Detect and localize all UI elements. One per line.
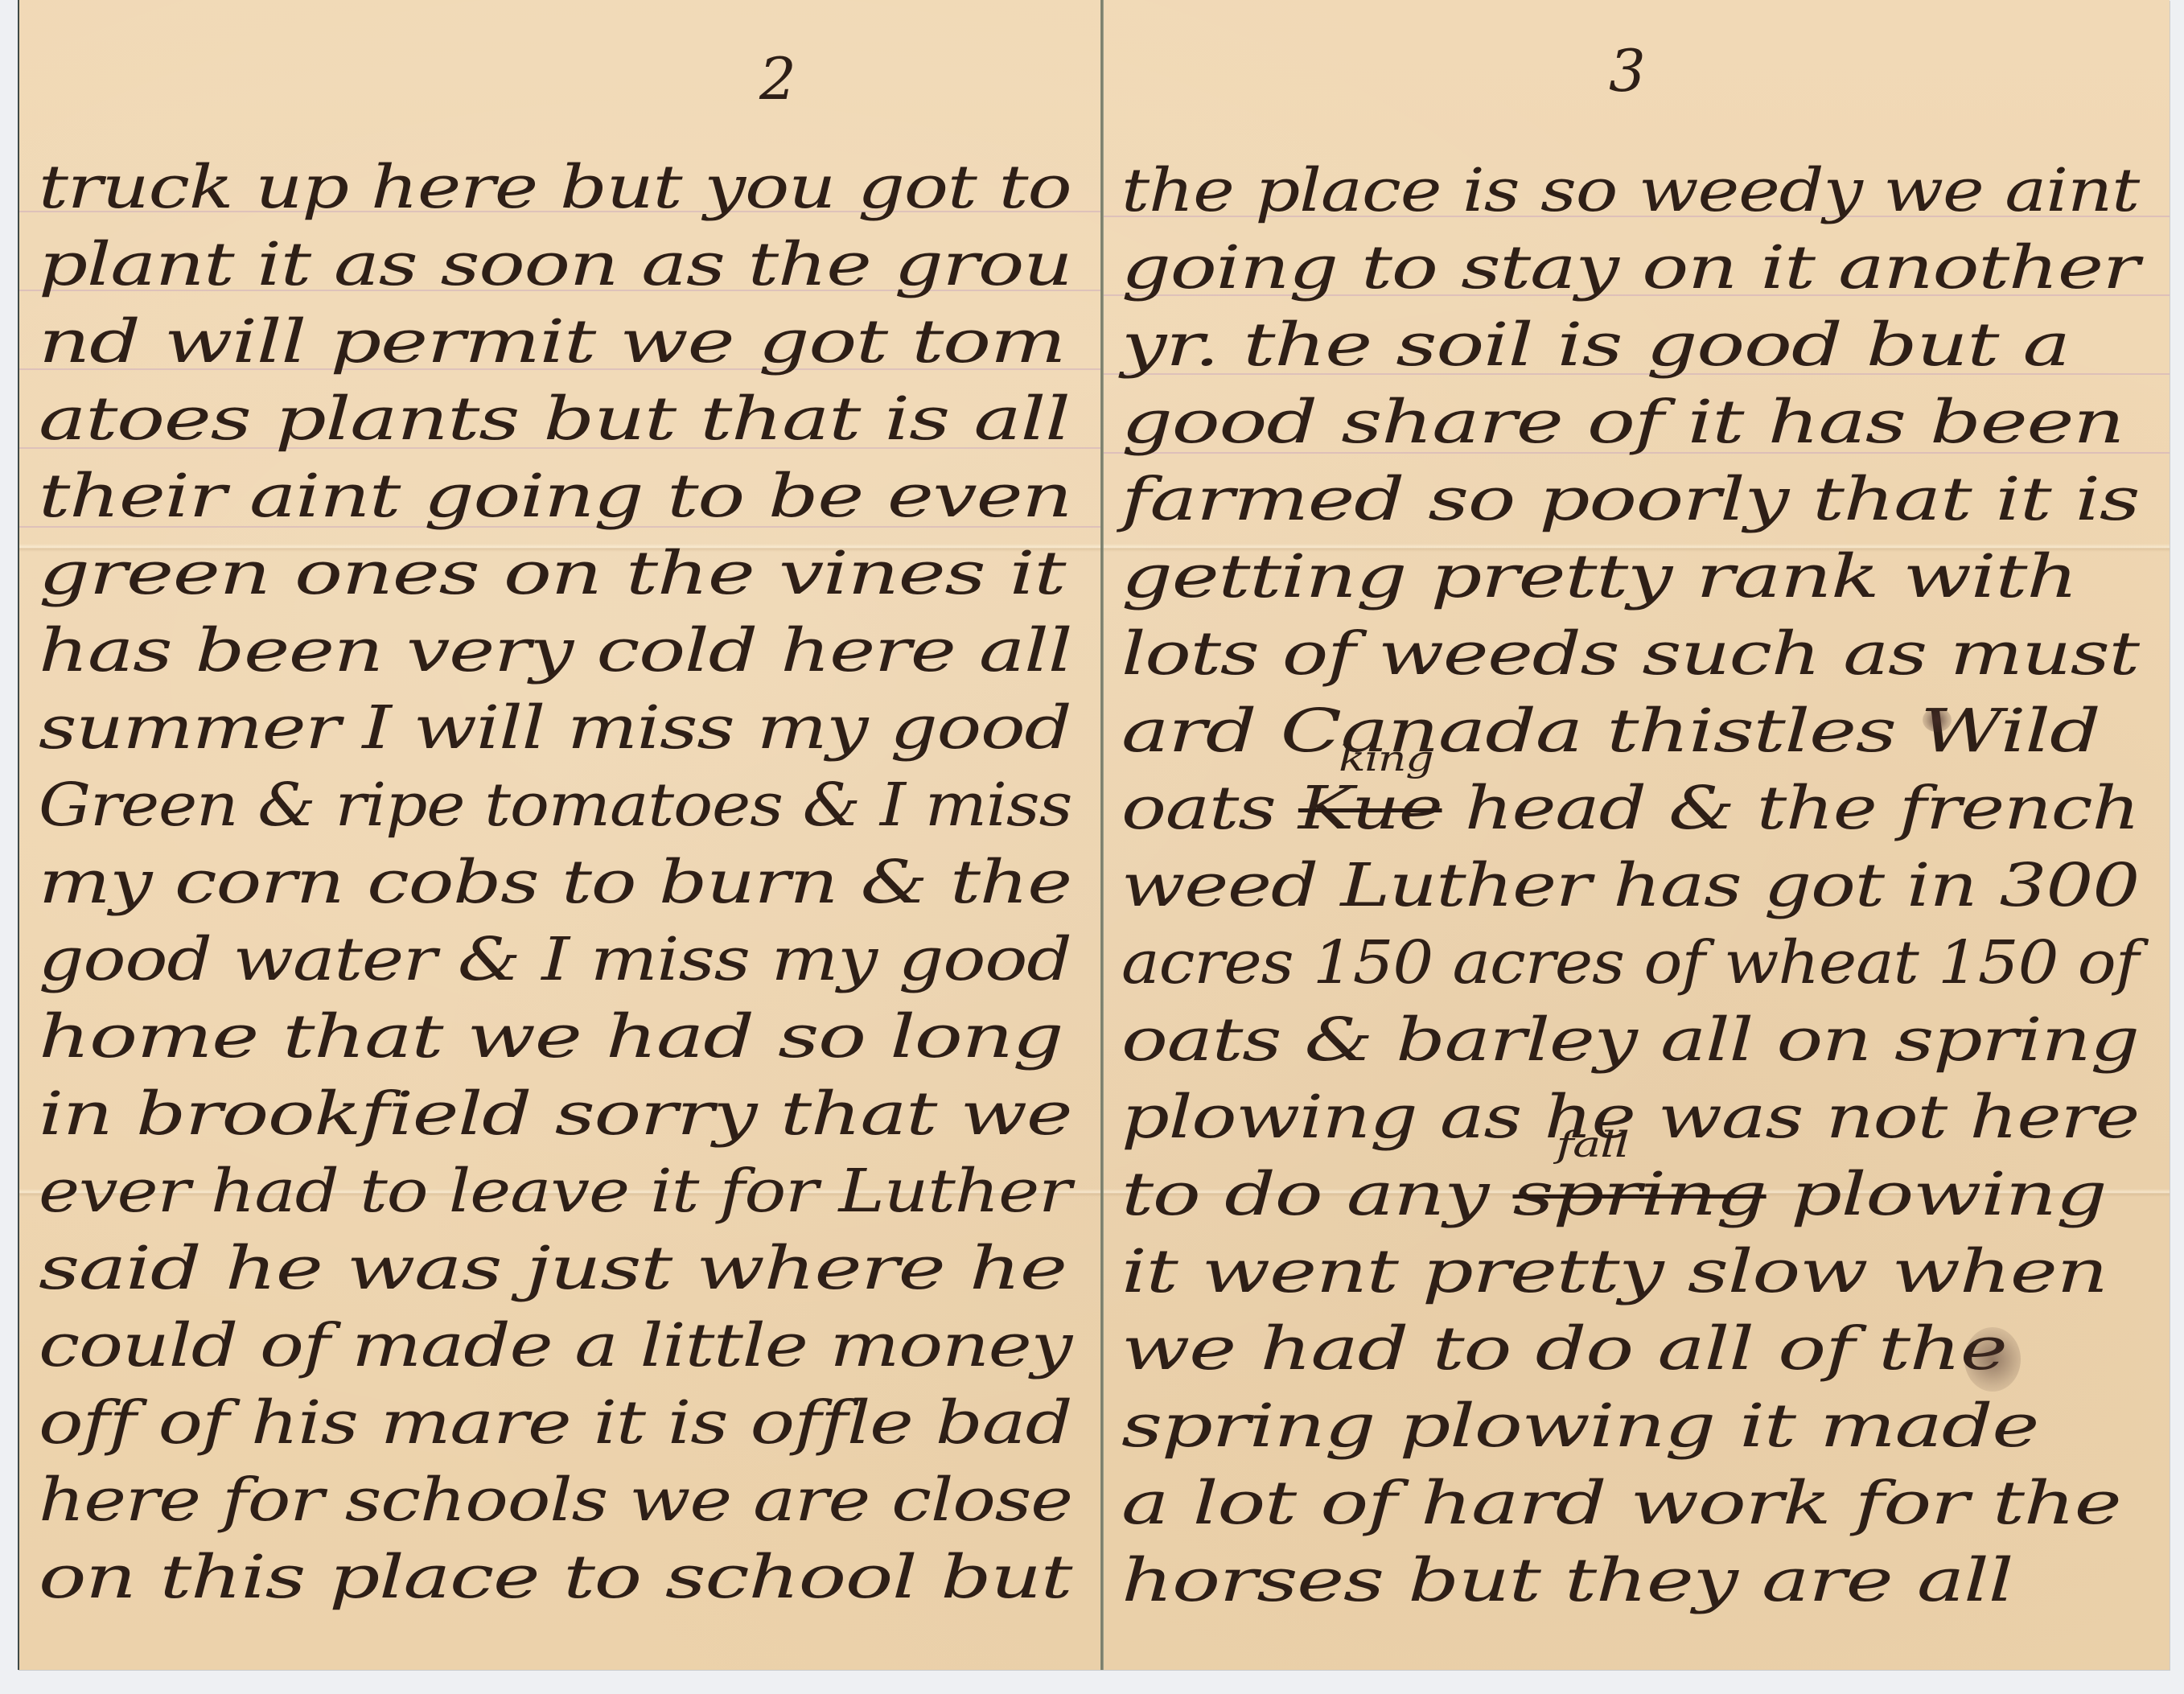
text-line: Green & ripe tomatoes & I miss [39,775,1071,835]
text-line: it went pretty slow when [1121,1242,2108,1301]
text-line: ever had to leave it for Luther [39,1162,1071,1221]
text-line: home that we had so long [39,1007,1063,1067]
correction: Kue king [1298,779,1442,838]
page-number: 3 [1609,42,1646,100]
text-line: lots of weeds such as must [1121,624,2139,684]
struck-word: spring [1513,1160,1767,1229]
text-line: good share of it has been [1121,393,2124,452]
text-segment: plowing [1791,1160,2106,1229]
page-2: 2 truck up here but you got to plant it … [19,0,1100,1670]
text-line: nd will permit we got tom [39,312,1065,372]
text-segment: oats [1121,774,1276,843]
text-line: plowing as he was not here [1121,1088,2139,1147]
text-line: my corn cobs to burn & the [39,853,1071,912]
text-line: a lot of hard work for the [1121,1474,2120,1533]
correction: spring fall [1513,1165,1767,1224]
text-line: has been very cold here all [39,621,1071,680]
letter-sheet: 2 truck up here but you got to plant it … [18,0,2170,1670]
text-line: off of his mare it is offle bad [39,1393,1071,1453]
text-line: their aint going to be even [39,467,1071,526]
text-line: acres 150 acres of wheat 150 of [1121,933,2138,993]
text-line: the place is so weedy we aint [1121,161,2139,220]
text-line: truck up here but you got to [39,158,1071,217]
text-line: could of made a little money [39,1316,1071,1375]
text-line-with-correction: oats Kue king head & the french [1121,779,2139,838]
text-line: plant it as soon as the grou [39,235,1071,294]
text-line: spring plowing it made [1121,1396,2038,1456]
text-line-with-correction: to do any spring fall plowing [1121,1165,2106,1224]
text-segment: head & the french [1465,774,2139,843]
text-line: here for schools we are close [39,1470,1072,1530]
page-number: 2 [759,50,796,108]
text-line: we had to do all of the [1121,1319,2007,1379]
inserted-word: king [1339,742,1433,777]
text-line: going to stay on it another [1121,238,2139,298]
text-line: said he was just where he [39,1239,1067,1298]
text-line: atoes plants but that is all [39,389,1070,449]
text-line: green ones on the vines it [39,544,1065,603]
text-line: on this place to school but [39,1548,1071,1607]
text-line: oats & barley all on spring [1121,1010,2139,1070]
text-line: getting pretty rank with [1121,547,2077,606]
page-3: 3 the place is so weedy we aint going to… [1104,0,2170,1670]
text-line: good water & I miss my good [39,930,1071,989]
text-line: horses but they are all [1121,1551,2013,1610]
text-line: farmed so poorly that it is [1121,470,2139,529]
text-line: weed Luther has got in 300 [1121,856,2139,915]
text-line: yr. the soil is good but a [1121,315,2070,375]
text-line: ard Canada thistles Wild [1121,701,2100,761]
inserted-word: fall [1557,1128,1629,1163]
ink-blot [1923,708,1952,732]
struck-word: Kue [1298,774,1442,843]
text-line: summer I will miss my good [39,698,1071,758]
text-line: in brookfield sorry that we [39,1084,1071,1144]
ink-smudge [1964,1327,2021,1392]
text-segment: to do any [1121,1160,1488,1229]
